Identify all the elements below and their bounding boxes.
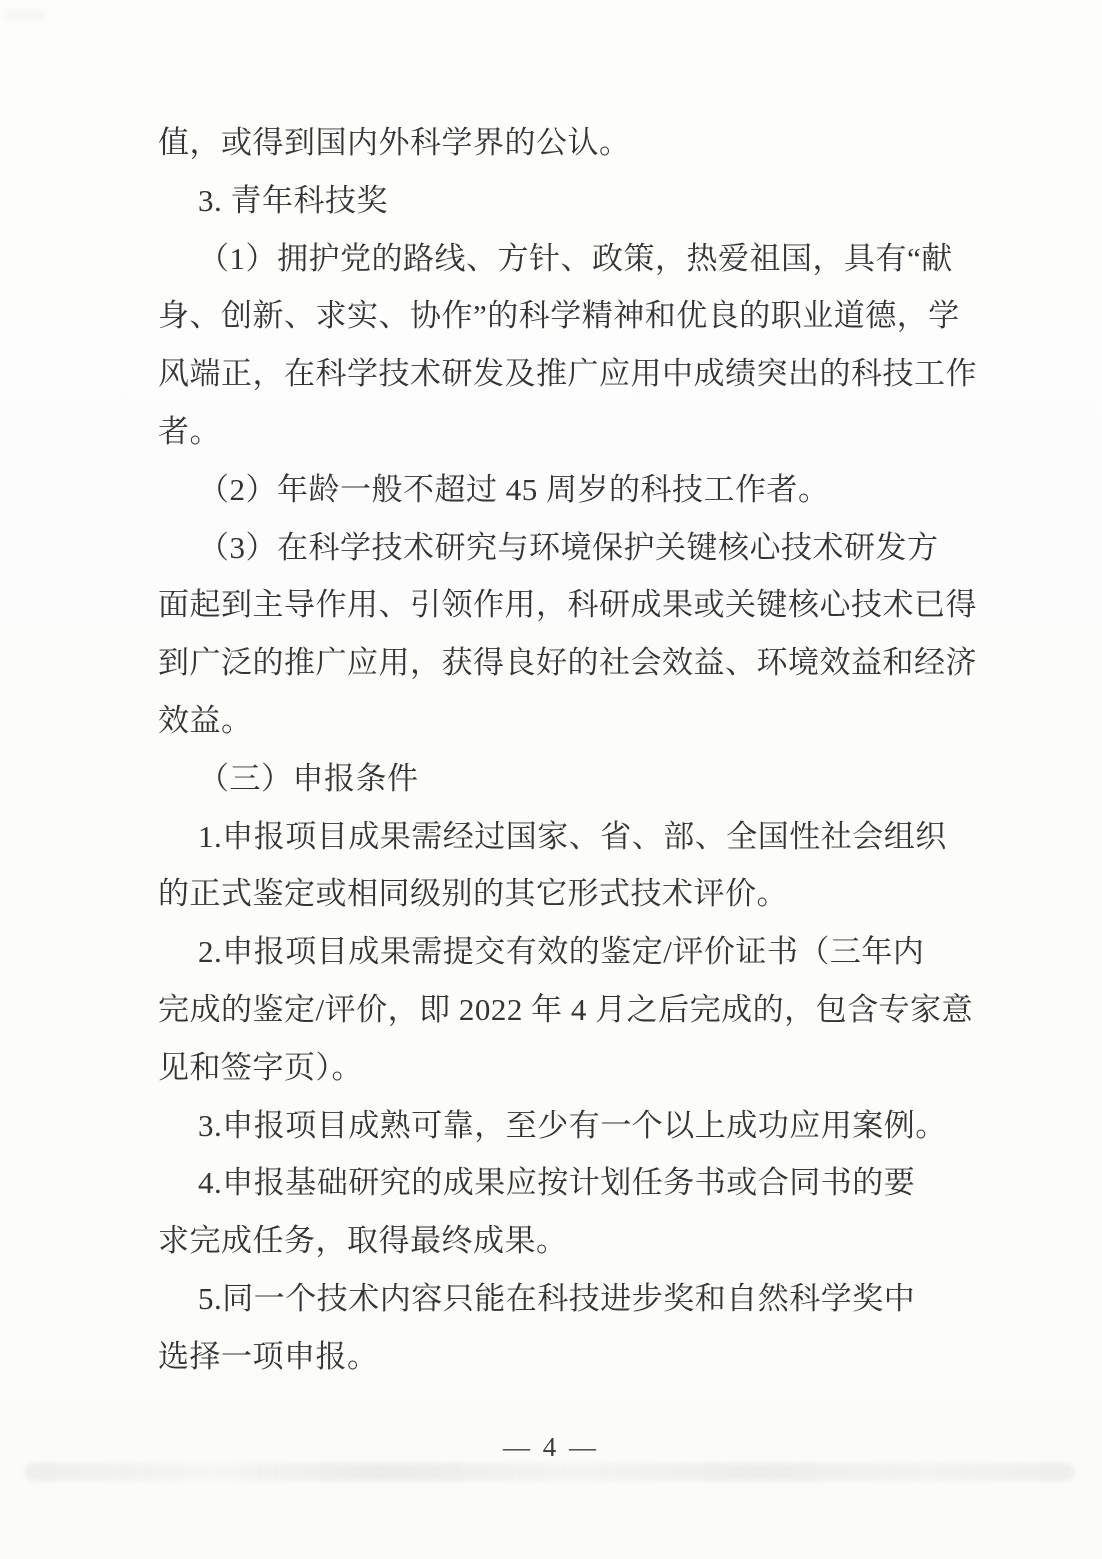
text-line: 选择一项申报。 [158, 1328, 970, 1386]
text-line: 到广泛的推广应用，获得良好的社会效益、环境效益和经济 [158, 634, 970, 692]
scan-noise-top-left [6, 10, 46, 20]
text-line: 效益。 [158, 692, 970, 750]
text-line: （3）在科学技术研究与环境保护关键核心技术研发方 [158, 519, 970, 577]
text-line: （三）申报条件 [158, 750, 970, 808]
text-line: （2）年龄一般不超过 45 周岁的科技工作者。 [158, 461, 970, 519]
text-line: 1.申报项目成果需经过国家、省、部、全国性社会组织 [158, 808, 970, 866]
text-line: 3.申报项目成熟可靠，至少有一个以上成功应用案例。 [158, 1097, 970, 1155]
text-line: 风端正，在科学技术研发及推广应用中成绩突出的科技工作 [158, 345, 970, 403]
text-line: 值，或得到国内外科学界的公认。 [158, 114, 970, 172]
text-line: 完成的鉴定/评价，即 2022 年 4 月之后完成的，包含专家意 [158, 981, 970, 1039]
text-line: （1）拥护党的路线、方针、政策，热爱祖国，具有“献 [158, 230, 970, 288]
text-line: 的正式鉴定或相同级别的其它形式技术评价。 [158, 865, 970, 923]
page-number: — 4 — [0, 1428, 1102, 1466]
text-line: 见和签字页）。 [158, 1039, 970, 1097]
document-body: 值，或得到国内外科学界的公认。3. 青年科技奖（1）拥护党的路线、方针、政策，热… [158, 114, 970, 1386]
text-line: 求完成任务，取得最终成果。 [158, 1212, 970, 1270]
text-line: 3. 青年科技奖 [158, 172, 970, 230]
text-line: 者。 [158, 403, 970, 461]
text-line: 4.申报基础研究的成果应按计划任务书或合同书的要 [158, 1154, 970, 1212]
text-line: 2.申报项目成果需提交有效的鉴定/评价证书（三年内 [158, 923, 970, 981]
text-line: 5.同一个技术内容只能在科技进步奖和自然科学奖中 [158, 1270, 970, 1328]
text-line: 面起到主导作用、引领作用，科研成果或关键核心技术已得 [158, 576, 970, 634]
document-page: 值，或得到国内外科学界的公认。3. 青年科技奖（1）拥护党的路线、方针、政策，热… [0, 0, 1102, 1559]
text-line: 身、创新、求实、协作”的科学精神和优良的职业道德，学 [158, 287, 970, 345]
